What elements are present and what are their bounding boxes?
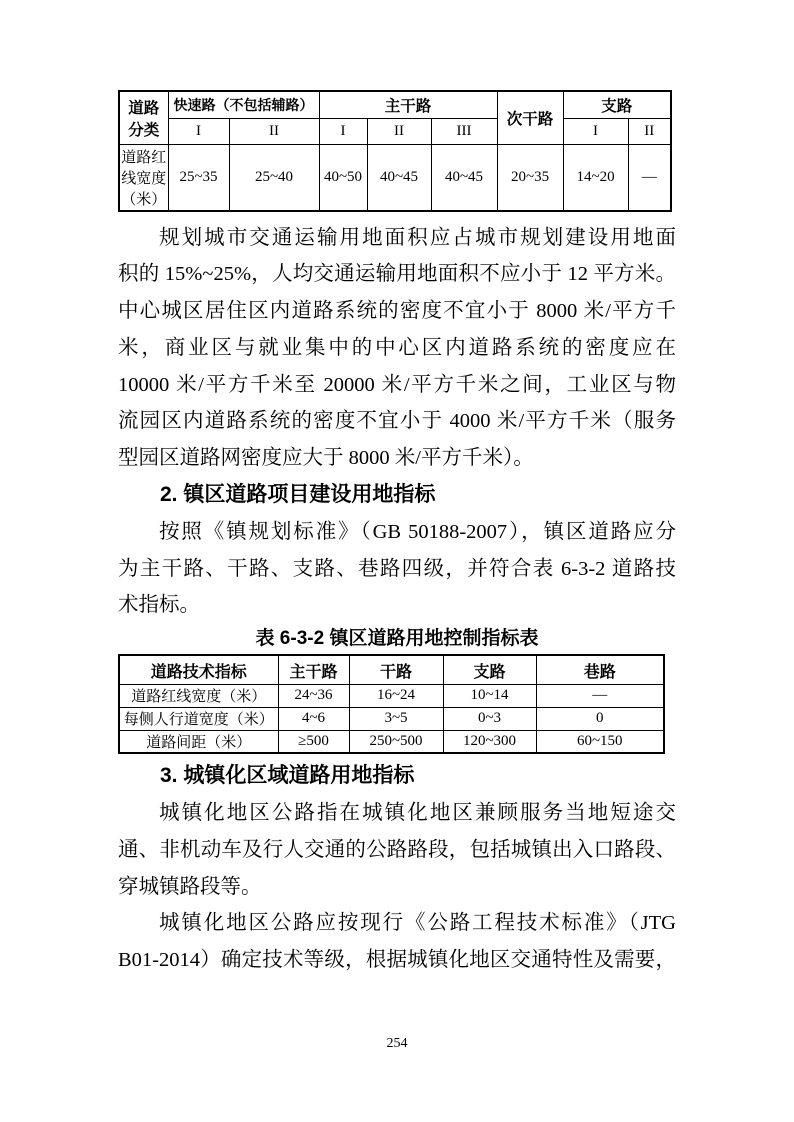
text-line: B01-2014）确定技术等级，根据城镇化地区交通特性及需要， <box>118 942 676 979</box>
header-expressway: 快速路（不包括辅路） <box>168 91 319 118</box>
value-cell: 25~40 <box>229 144 319 211</box>
header-secondary-road: 次干路 <box>497 91 563 144</box>
header-branch-road: 支路 <box>443 655 536 684</box>
grade-cell: I <box>563 118 628 144</box>
text-line: 术指标。 <box>118 587 676 624</box>
heading-urbanized-area-indicators: 3. 城镇化区域道路用地指标 <box>118 758 676 795</box>
table-header-row: 道路技术指标 主干路 干路 支路 巷路 <box>119 655 664 684</box>
header-technical-indicator: 道路技术指标 <box>119 655 278 684</box>
value-cell: 40~45 <box>431 144 497 211</box>
grade-cell: I <box>168 118 229 144</box>
grade-cell: II <box>229 118 319 144</box>
table-row-road-spacing: 道路间距（米） ≥500 250~500 120~300 60~150 <box>119 730 664 753</box>
row-label: 道路间距（米） <box>119 730 278 753</box>
text-line: 积的 15%~25%，人均交通运输用地面积不应小于 12 平方米。 <box>118 256 676 293</box>
paragraph-urbanized-highway-definition: 城镇化地区公路指在城镇化地区兼顾服务当地短途交 通、非机动车及行人交通的公路路段… <box>118 795 676 905</box>
value-cell: 250~500 <box>349 730 443 753</box>
road-classification-table: 道路分类 快速路（不包括辅路） 主干路 次干路 支路 I II I II III… <box>118 90 672 212</box>
header-lane-road: 巷路 <box>536 655 664 684</box>
value-cell: 120~300 <box>443 730 536 753</box>
value-cell: ≥500 <box>278 730 349 753</box>
text-line: 规划城市交通运输用地面积应占城市规划建设用地面 <box>118 220 676 257</box>
header-main-road: 主干路 <box>278 655 349 684</box>
table-row-redline-width: 道路红线宽度（米） 25~35 25~40 40~50 40~45 40~45 … <box>119 144 671 211</box>
text-line: 按照《镇规划标准》（GB 50188-2007），镇区道路应分 <box>118 514 676 551</box>
heading-town-road-indicators: 2. 镇区道路项目建设用地指标 <box>118 477 676 514</box>
header-branch-road: 支路 <box>563 91 671 118</box>
text-line: 米，商业区与就业集中的中心区内道路系统的密度应在 <box>118 330 676 367</box>
page-number: 254 <box>0 1036 794 1052</box>
header-trunk-road: 干路 <box>349 655 443 684</box>
text-line: 10000 米/平方千米至 20000 米/平方千米之间，工业区与物 <box>118 367 676 404</box>
table-6-3-2-caption: 表 6-3-2 镇区道路用地控制指标表 <box>118 624 676 654</box>
value-cell: 10~14 <box>443 684 536 707</box>
text-line: 中心城区居住区内道路系统的密度不宜小于 8000 米/平方千 <box>118 293 676 330</box>
grade-cell: I <box>319 118 367 144</box>
text-line: 穿城镇路段等。 <box>118 869 676 906</box>
paragraph-transport-land-density: 规划城市交通运输用地面积应占城市规划建设用地面 积的 15%~25%，人均交通运… <box>118 220 676 478</box>
header-road-class: 道路分类 <box>119 91 168 144</box>
value-cell: 3~5 <box>349 707 443 730</box>
value-cell: 4~6 <box>278 707 349 730</box>
table-row-sidewalk-width: 每侧人行道宽度（米） 4~6 3~5 0~3 0 <box>119 707 664 730</box>
table-header-row-groups: 道路分类 快速路（不包括辅路） 主干路 次干路 支路 <box>119 91 671 118</box>
value-cell: 16~24 <box>349 684 443 707</box>
table-row-redline-width: 道路红线宽度（米） 24~36 16~24 10~14 — <box>119 684 664 707</box>
value-cell: — <box>536 684 664 707</box>
text-line: 流园区内道路系统的密度不宜小于 4000 米/平方千米（服务 <box>118 403 676 440</box>
value-cell: 14~20 <box>563 144 628 211</box>
table-header-row-grades: I II I II III I II <box>119 118 671 144</box>
value-cell: 20~35 <box>497 144 563 211</box>
value-cell: 25~35 <box>168 144 229 211</box>
header-arterial-road: 主干路 <box>319 91 497 118</box>
text-line: 型园区道路网密度应大于 8000 米/平方千米）。 <box>118 440 676 477</box>
grade-cell: II <box>628 118 671 144</box>
row-label: 每侧人行道宽度（米） <box>119 707 278 730</box>
page-content: 道路分类 快速路（不包括辅路） 主干路 次干路 支路 I II I II III… <box>118 90 676 979</box>
text-line: 为主干路、干路、支路、巷路四级，并符合表 6-3-2 道路技 <box>118 551 676 588</box>
paragraph-town-planning-standard: 按照《镇规划标准》（GB 50188-2007），镇区道路应分 为主干路、干路、… <box>118 514 676 624</box>
value-cell: 60~150 <box>536 730 664 753</box>
document-page: 道路分类 快速路（不包括辅路） 主干路 次干路 支路 I II I II III… <box>0 0 794 1122</box>
text-line: 城镇化地区公路应按现行《公路工程技术标准》（JTG <box>118 905 676 942</box>
paragraph-highway-technical-grade: 城镇化地区公路应按现行《公路工程技术标准》（JTG B01-2014）确定技术等… <box>118 905 676 979</box>
town-road-control-table: 道路技术指标 主干路 干路 支路 巷路 道路红线宽度（米） 24~36 16~2… <box>118 654 665 754</box>
grade-cell: II <box>367 118 431 144</box>
value-cell: 0 <box>536 707 664 730</box>
value-cell: — <box>628 144 671 211</box>
row-label: 道路红线宽度（米） <box>119 684 278 707</box>
value-cell: 40~50 <box>319 144 367 211</box>
value-cell: 40~45 <box>367 144 431 211</box>
grade-cell: III <box>431 118 497 144</box>
text-line: 城镇化地区公路指在城镇化地区兼顾服务当地短途交 <box>118 795 676 832</box>
row-label-redline-width: 道路红线宽度（米） <box>119 144 168 211</box>
text-line: 通、非机动车及行人交通的公路路段，包括城镇出入口路段、 <box>118 832 676 869</box>
value-cell: 0~3 <box>443 707 536 730</box>
value-cell: 24~36 <box>278 684 349 707</box>
